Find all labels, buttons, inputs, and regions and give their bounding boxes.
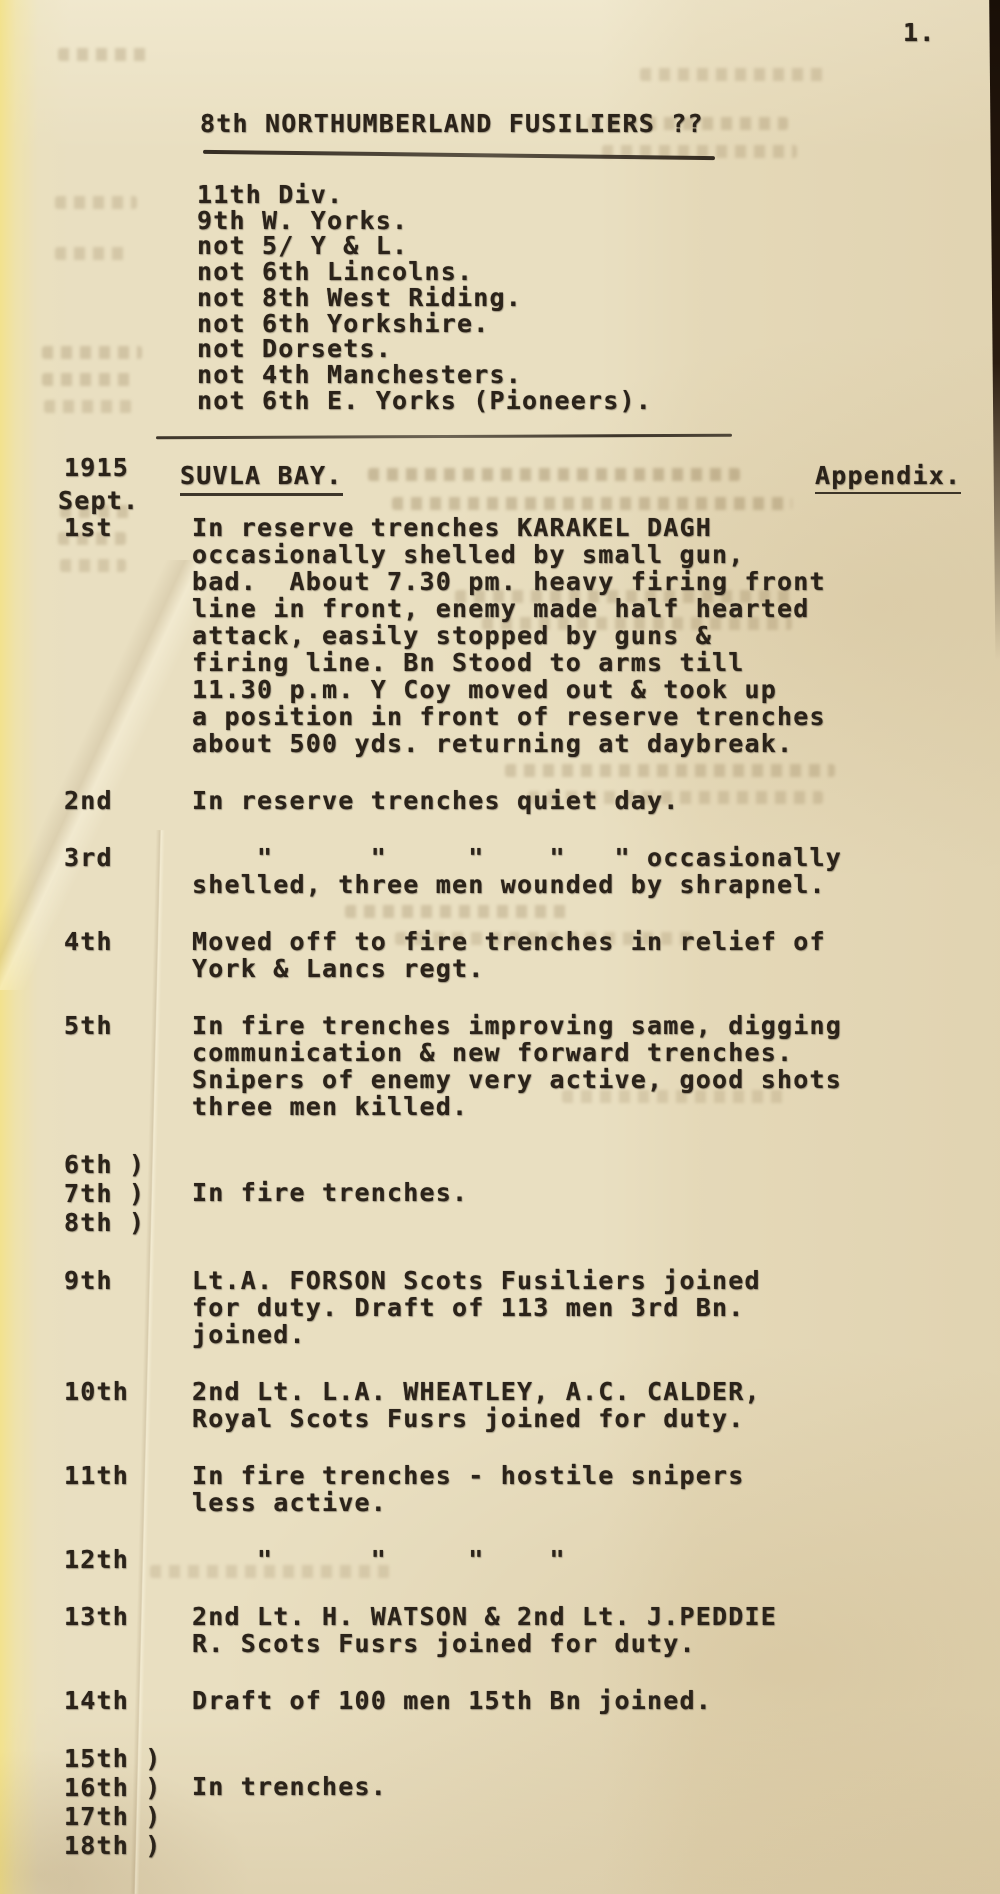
diary-entry: 6th )7th )8th )In fire trenches. — [0, 1150, 1000, 1237]
unit-list-item: not 5/ Y & L. — [197, 233, 652, 259]
bleed-through-smudge — [392, 497, 792, 510]
entry-text: Draft of 100 men 15th Bn joined. — [192, 1687, 712, 1714]
scanned-photo: 1. 8th NORTHUMBERLAND FUSILIERS ?? 11th … — [0, 0, 1000, 1894]
entry-date: 11th — [0, 1462, 192, 1489]
entry-text: In reserve trenches quiet day. — [192, 787, 680, 814]
diary-entry: 9thLt.A. FORSON Scots Fusiliers joinedfo… — [0, 1267, 1000, 1348]
unit-list-item: not 4th Manchesters. — [197, 362, 652, 388]
unit-list-item: not 6th Yorkshire. — [197, 311, 652, 337]
bleed-through-smudge — [42, 373, 134, 386]
bleed-through-smudge — [44, 400, 132, 413]
diary-entry: 3rd " " " " " occasionallyshelled, three… — [0, 844, 1000, 898]
entry-date: 13th — [0, 1603, 192, 1630]
entry-text: In trenches. — [192, 1744, 387, 1800]
document-title: 8th NORTHUMBERLAND FUSILIERS ?? — [200, 109, 704, 138]
diary-entry: 12th " " " " — [0, 1546, 1000, 1573]
margin-month: Sept. — [58, 486, 139, 515]
entry-date: 1st — [0, 514, 192, 541]
entry-text: 2nd Lt. H. WATSON & 2nd Lt. J.PEDDIER. S… — [192, 1603, 777, 1657]
diary-entry: 10th2nd Lt. L.A. WHEATLEY, A.C. CALDER,R… — [0, 1378, 1000, 1432]
entry-date: 4th — [0, 928, 192, 955]
entry-date: 2nd — [0, 787, 192, 814]
diary-entry: 4thMoved off to fire trenches in relief … — [0, 928, 1000, 982]
diary-entry: 15th )16th )17th )18th )In trenches. — [0, 1744, 1000, 1860]
page-number: 1. — [903, 18, 936, 47]
entry-text: Lt.A. FORSON Scots Fusiliers joinedfor d… — [192, 1267, 761, 1348]
entry-date: 15th )16th )17th )18th ) — [0, 1744, 192, 1860]
diary-entry: 5thIn fire trenches improving same, digg… — [0, 1012, 1000, 1120]
entry-date: 10th — [0, 1378, 192, 1405]
entry-text: " " " " " occasionallyshelled, three men… — [192, 844, 842, 898]
diary-entry: 1stIn reserve trenches KARAKEL DAGHoccas… — [0, 514, 1000, 757]
unit-list-item: not 6th E. Yorks (Pioneers). — [197, 388, 652, 414]
diary-entry: 14thDraft of 100 men 15th Bn joined. — [0, 1687, 1000, 1714]
unit-list-item: 9th W. Yorks. — [197, 208, 652, 234]
bleed-through-smudge — [55, 247, 131, 260]
unit-list-item: 11th Div. — [197, 182, 652, 208]
entry-date: 5th — [0, 1012, 192, 1039]
bleed-through-smudge — [640, 68, 830, 81]
document-page: 1. 8th NORTHUMBERLAND FUSILIERS ?? 11th … — [0, 0, 1000, 1894]
entry-text: In reserve trenches KARAKEL DAGHoccasion… — [192, 514, 826, 757]
bleed-through-smudge — [55, 196, 137, 209]
unit-list-item: not 6th Lincolns. — [197, 259, 652, 285]
entry-text: " " " " — [192, 1546, 566, 1573]
bleed-through-smudge — [368, 468, 740, 481]
diary-entry: 11thIn fire trenches - hostile snipersle… — [0, 1462, 1000, 1516]
bleed-through-smudge — [42, 346, 142, 359]
margin-year: 1915 — [64, 453, 129, 482]
entry-date: 9th — [0, 1267, 192, 1294]
unit-list-item: not Dorsets. — [197, 336, 652, 362]
entry-text: In fire trenches. — [192, 1150, 468, 1206]
location-heading: SUVLA BAY. — [180, 461, 343, 490]
entry-text: In fire trenches improving same, digging… — [192, 1012, 842, 1120]
entry-date: 3rd — [0, 844, 192, 871]
appendix-label: Appendix. — [815, 461, 961, 490]
entry-text: Moved off to fire trenches in relief ofY… — [192, 928, 826, 982]
unit-list: 11th Div.9th W. Yorks.not 5/ Y & L.not 6… — [197, 182, 652, 413]
section-divider — [156, 434, 732, 440]
entry-date: 12th — [0, 1546, 192, 1573]
entry-text: 2nd Lt. L.A. WHEATLEY, A.C. CALDER,Royal… — [192, 1378, 761, 1432]
bleed-through-smudge — [58, 48, 148, 61]
diary-entry: 2ndIn reserve trenches quiet day. — [0, 787, 1000, 814]
entry-date: 6th )7th )8th ) — [0, 1150, 192, 1237]
entries: 1stIn reserve trenches KARAKEL DAGHoccas… — [0, 514, 1000, 1860]
entry-date: 14th — [0, 1687, 192, 1714]
diary-entry: 13th2nd Lt. H. WATSON & 2nd Lt. J.PEDDIE… — [0, 1603, 1000, 1657]
entry-text: In fire trenches - hostile snipersless a… — [192, 1462, 745, 1516]
unit-list-item: not 8th West Riding. — [197, 285, 652, 311]
